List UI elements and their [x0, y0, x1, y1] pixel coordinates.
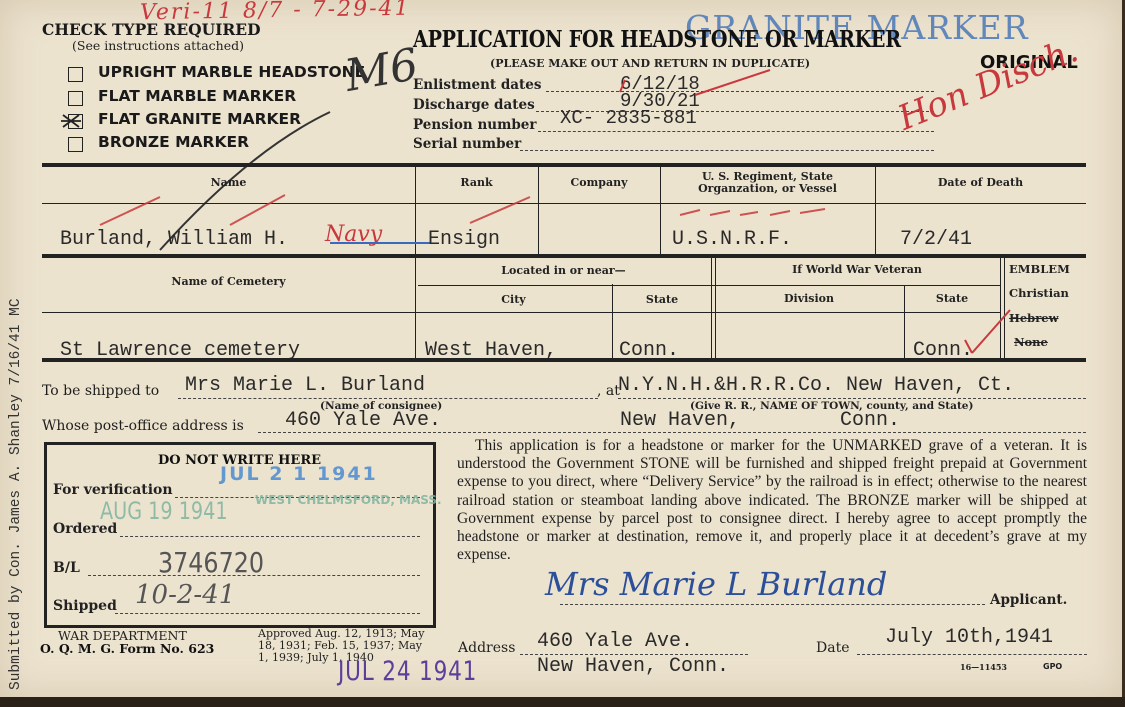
- ordered-stamp-place: WEST CHELMSFORD, MASS.: [255, 494, 445, 506]
- shipped-line: [115, 613, 420, 614]
- post-office-line: [258, 432, 1086, 433]
- emblem-option-christian[interactable]: Christian: [1009, 286, 1069, 300]
- bl-value[interactable]: 3746720: [158, 546, 264, 579]
- table2-header-rule: [42, 312, 1000, 313]
- received-stamp: JUL 24 1941: [338, 656, 477, 687]
- cell-date-of-death[interactable]: 7/2/41: [900, 228, 972, 251]
- checkbox-flat-granite-marker[interactable]: [68, 114, 83, 129]
- post-office-state[interactable]: Conn.: [840, 409, 900, 432]
- ordered-label: Ordered: [53, 521, 117, 537]
- serial-label: Serial number: [413, 136, 521, 152]
- x-check-icon: [61, 113, 83, 129]
- col-header-state: State: [612, 293, 712, 306]
- checkbox-bronze-marker[interactable]: [68, 137, 83, 152]
- railroad-value[interactable]: N.Y.N.H.&H.R.R.Co. New Haven, Ct.: [618, 374, 1014, 397]
- railroad-line: [618, 398, 1086, 399]
- post-office-value[interactable]: 460 Yale Ave.: [285, 409, 441, 432]
- col-header-located: Located in or near—: [415, 264, 712, 277]
- serial-line: [520, 150, 934, 151]
- form-title: APPLICATION FOR HEADSTONE OR MARKER: [413, 26, 901, 53]
- headstone-application-card: Veri-11 8/7 - 7-29-41 GRANITE MARKER CHE…: [0, 0, 1125, 697]
- col-header-ww-veteran: If World War Veteran: [714, 263, 1000, 276]
- col-header-ww-state: State: [904, 292, 1000, 305]
- pension-value[interactable]: XC- 2835-881: [560, 107, 697, 129]
- red-check-marks-row: [90, 185, 870, 235]
- footer-address-line2[interactable]: New Haven, Conn.: [537, 655, 729, 678]
- checkbox-upright-marble-headstone[interactable]: [68, 67, 83, 82]
- ordered-line: [120, 536, 420, 537]
- pension-line: [538, 131, 934, 132]
- red-check-marks: [600, 50, 780, 110]
- pension-label: Pension number: [413, 117, 537, 133]
- gpo-mark: GPO: [1043, 662, 1062, 671]
- footer-date-label: Date: [816, 640, 849, 656]
- pencil-annotation-m6: M6: [341, 39, 422, 102]
- form-number: O. Q. M. G. Form No. 623: [40, 641, 214, 656]
- footer-address-line1[interactable]: 460 Yale Ave.: [537, 630, 693, 653]
- table2-bottom-rule: [42, 358, 1086, 362]
- verification-label: For verification: [53, 482, 173, 498]
- enlistment-label: Enlistment dates: [413, 77, 541, 93]
- bl-label: B/L: [53, 560, 80, 576]
- ship-to-line: [178, 398, 598, 399]
- ship-to-label: To be shipped to: [42, 383, 159, 399]
- option-upright-marble-headstone: UPRIGHT MARBLE HEADSTONE: [98, 63, 365, 81]
- checkbox-flat-marble-marker[interactable]: [68, 91, 83, 106]
- verification-stamp: JUL 2 1 1941: [220, 463, 378, 485]
- table1-top-rule: [42, 163, 1086, 167]
- footer-date-line: [857, 654, 1087, 655]
- footer-address-label: Address: [458, 640, 515, 656]
- ordered-stamp: AUG 19 1941: [100, 497, 228, 525]
- table2-subheader-rule: [418, 285, 1000, 286]
- print-code: 16—11453: [960, 662, 1007, 672]
- col-header-city: City: [415, 293, 612, 306]
- blue-underline-stroke: [330, 242, 430, 244]
- footer-date-value[interactable]: July 10th,1941: [885, 626, 1053, 649]
- option-flat-marble-marker: FLAT MARBLE MARKER: [98, 87, 296, 105]
- red-check-emblem: [960, 305, 1020, 360]
- applicant-signature[interactable]: Mrs Marie L Burland: [545, 565, 887, 603]
- discharge-label: Discharge dates: [413, 97, 535, 113]
- col-header-cemetery: Name of Cemetery: [42, 275, 415, 288]
- at-label: , at: [597, 383, 620, 399]
- col-header-division: Division: [714, 292, 904, 305]
- post-office-label: Whose post-office address is: [42, 418, 244, 434]
- post-office-city[interactable]: New Haven,: [620, 409, 740, 432]
- col-header-date-of-death: Date of Death: [875, 176, 1086, 189]
- side-submitted-by: Submitted by Con. James A. Shanley 7/16/…: [8, 298, 24, 690]
- signature-line: [560, 604, 985, 605]
- shipped-value[interactable]: 10-2-41: [135, 580, 235, 610]
- applicant-label: Applicant.: [990, 592, 1067, 608]
- ship-to-value[interactable]: Mrs Marie L. Burland: [185, 374, 425, 397]
- check-type-subtitle: (See instructions attached): [72, 38, 244, 53]
- table1-bottom-rule: [42, 254, 1086, 258]
- applicant-statement: This application is for a headstone or m…: [457, 437, 1087, 564]
- emblem-header: EMBLEM: [1009, 262, 1070, 276]
- check-type-title: CHECK TYPE REQUIRED: [42, 20, 261, 39]
- shipped-label: Shipped: [53, 598, 117, 614]
